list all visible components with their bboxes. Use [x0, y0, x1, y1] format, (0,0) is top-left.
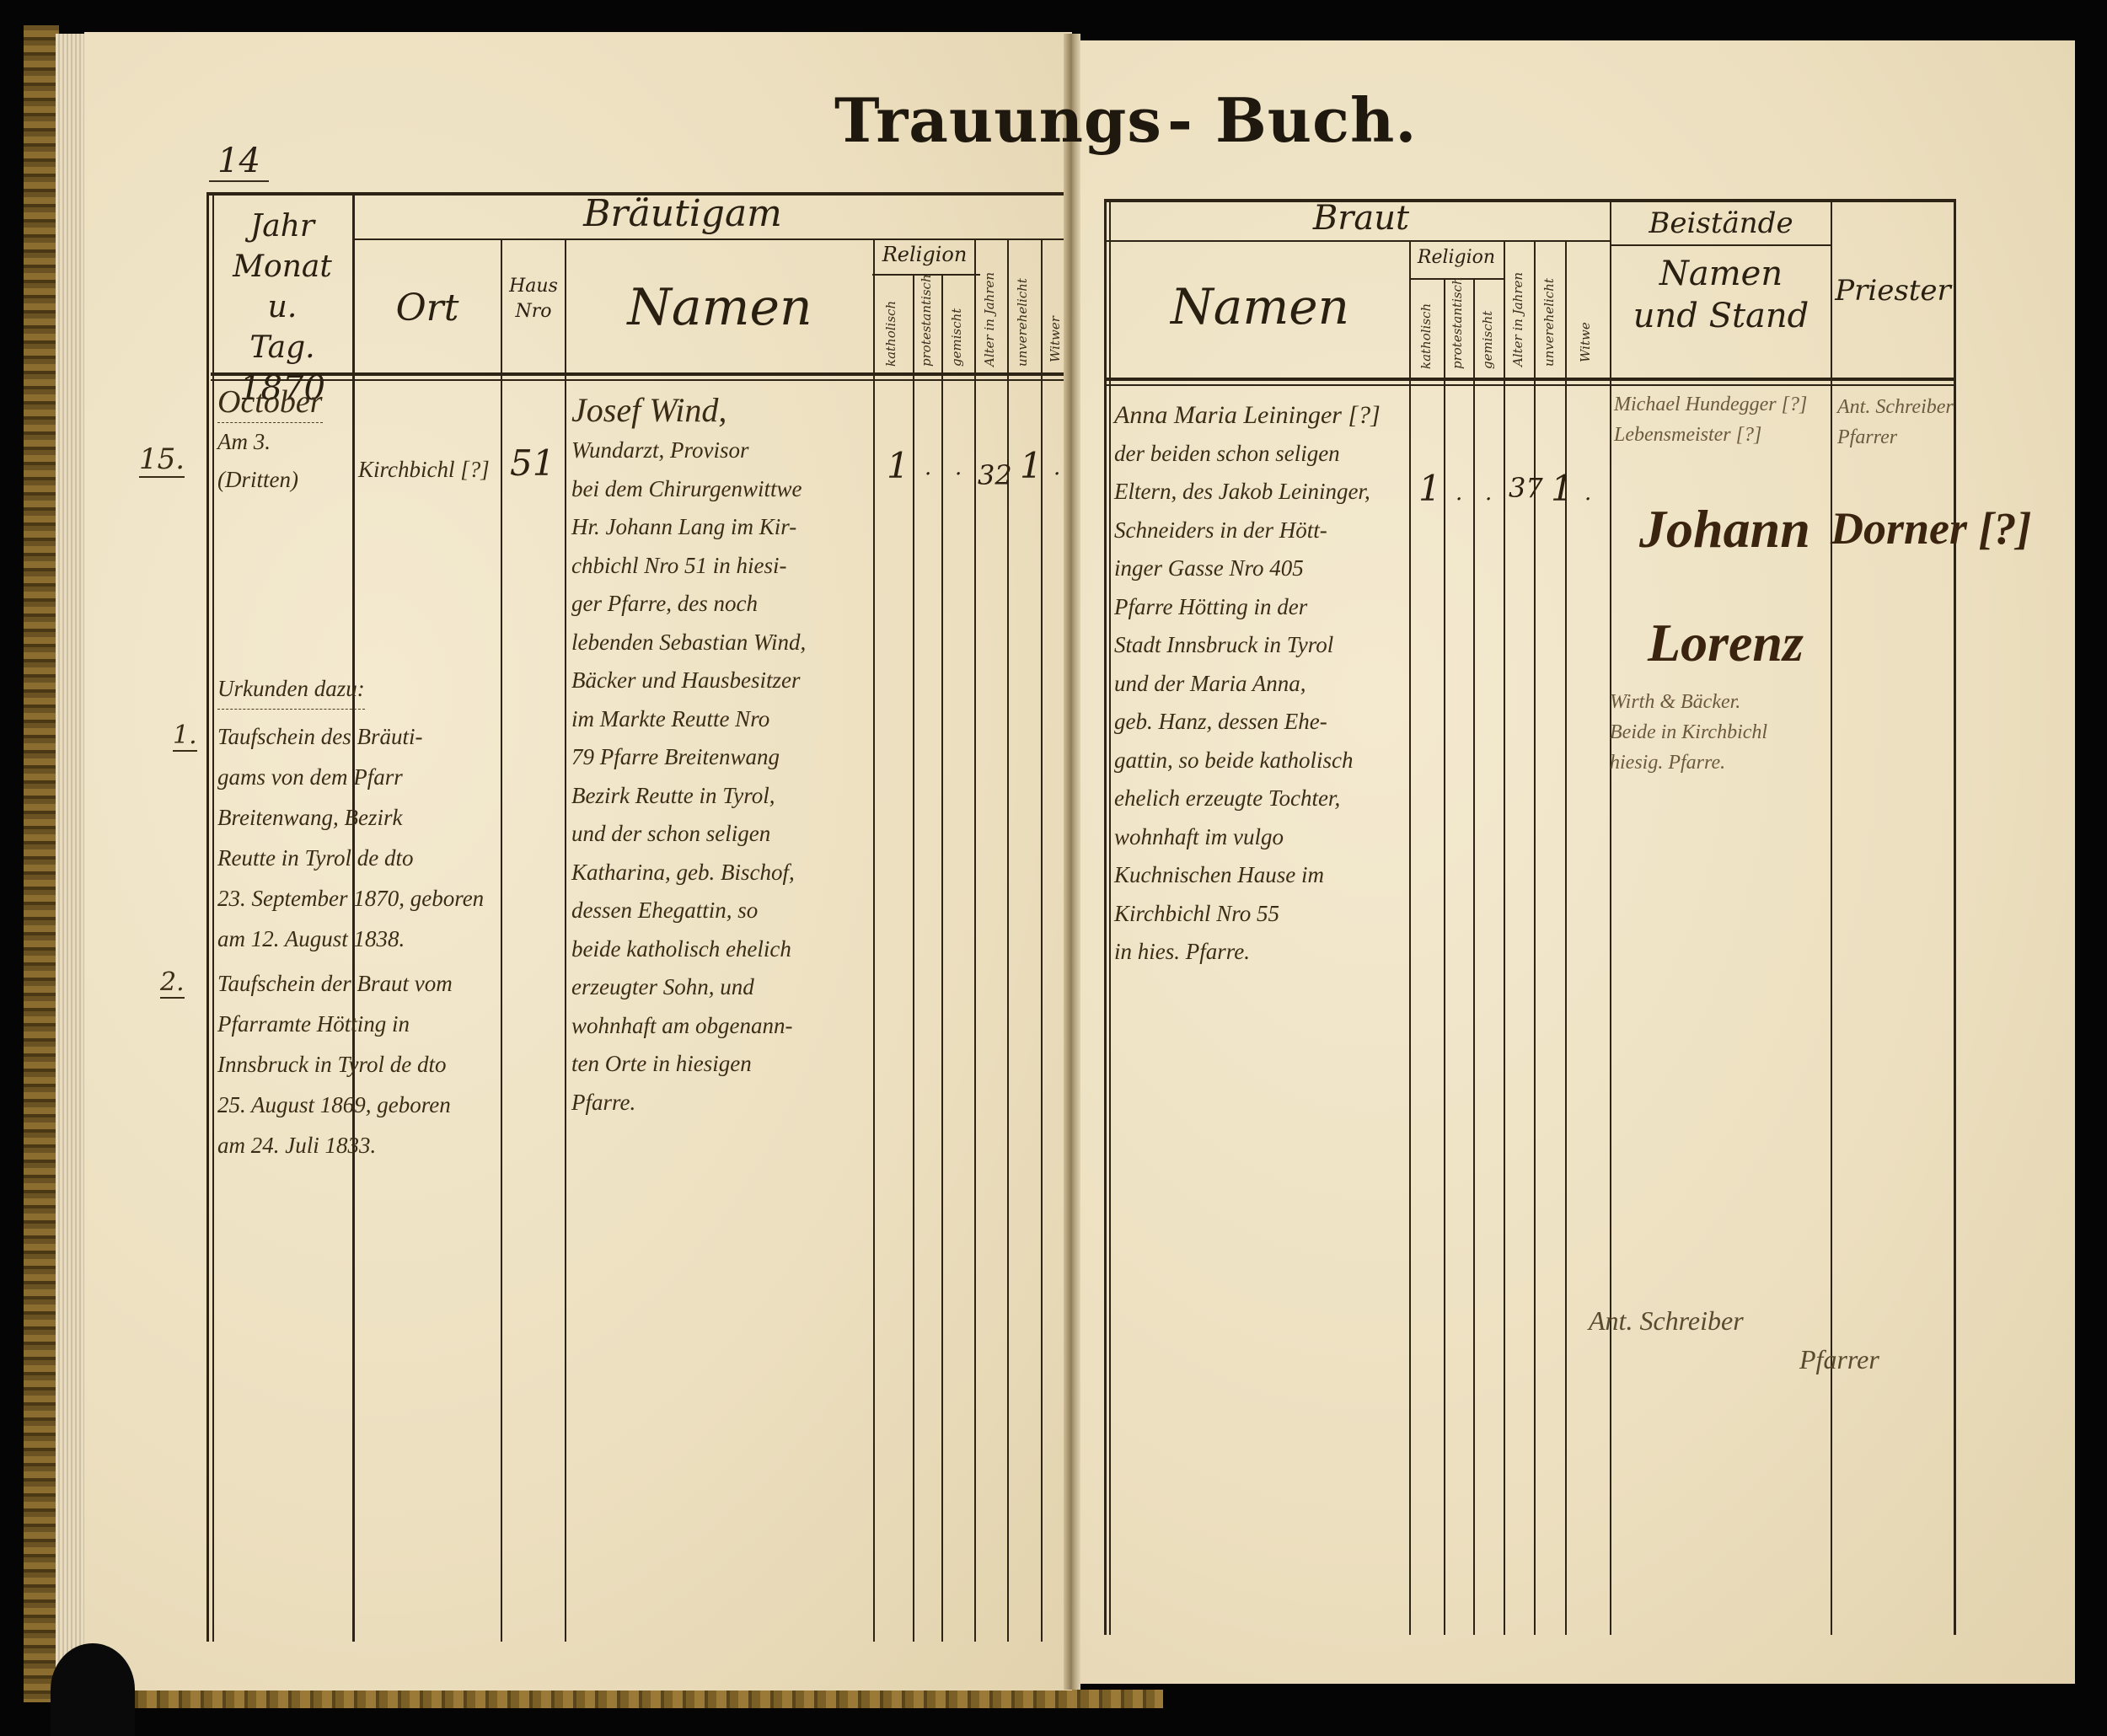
groom-line: dessen Ehegattin, so	[571, 892, 806, 930]
entry-day-words: (Dritten)	[217, 461, 323, 500]
document-1-number: 1.	[173, 721, 197, 752]
priest-title: Pfarrer	[1837, 422, 1954, 453]
bride-widow: .	[1584, 480, 1591, 506]
header-priester: Priester	[1832, 274, 1954, 308]
groom-line: beide katholisch ehelich	[571, 930, 806, 969]
header-namen-groom: Namen	[566, 278, 873, 337]
groom-name: Josef Wind,	[571, 389, 806, 431]
document-line: 23. September 1870, geboren	[217, 878, 484, 919]
header-monat: Monat u.	[215, 247, 350, 328]
header-braeutigam: Bräutigam	[506, 192, 860, 235]
header-gemischt-groom: gemischt	[949, 282, 964, 367]
book-spine-edge	[24, 25, 59, 1702]
entry-month: October	[217, 383, 323, 423]
groom-description: Josef Wind, Wundarzt, Provisor bei dem C…	[571, 389, 806, 1122]
header-ort: Ort	[354, 287, 501, 330]
bride-line: Stadt Innsbruck in Tyrol	[1114, 626, 1381, 665]
bride-line: Kuchnischen Hause im	[1114, 856, 1381, 895]
groom-mixed: .	[955, 455, 962, 480]
document-2: Taufschein der Braut vom Pfarramte Hötti…	[217, 963, 453, 1165]
header-haus-nr: Haus Nro	[502, 274, 565, 324]
header-witness-stand: und Stand	[1611, 295, 1831, 337]
header-braut: Braut	[1112, 199, 1610, 238]
entry-number: 15.	[139, 442, 185, 478]
documents-heading: Urkunden dazu:	[217, 670, 365, 710]
witness-signature-johann: Johann	[1639, 510, 1810, 549]
priest-name: Ant. Schreiber	[1837, 392, 1954, 422]
header-protestantisch-bride: protestantisch	[1450, 285, 1465, 369]
page-stack	[56, 34, 84, 1694]
bride-name: Anna Maria Leininger [?]	[1114, 396, 1381, 435]
witness-status-line: Beide in Kirchbichl	[1610, 717, 1767, 747]
entry-date: October Am 3. (Dritten)	[217, 383, 323, 500]
bride-line: und der Maria Anna,	[1114, 665, 1381, 704]
bride-line: geb. Hanz, dessen Ehe-	[1114, 703, 1381, 742]
witness-signature-lorenz: Lorenz	[1648, 624, 1804, 662]
header-nro: Nro	[502, 299, 565, 324]
header-unverehelicht-bride: unverehelicht	[1541, 249, 1557, 367]
witness-name-1: Michael Hundegger [?]	[1614, 389, 1807, 420]
page-number: 14	[209, 142, 269, 182]
header-haus: Haus	[502, 274, 565, 299]
witnesses-status: Wirth & Bäcker. Beide in Kirchbichl hies…	[1610, 687, 1767, 778]
bride-line: ehelich erzeugte Tochter,	[1114, 780, 1381, 818]
bottom-signature-name: Ant. Schreiber	[1589, 1302, 1879, 1341]
groom-line: lebenden Sebastian Wind,	[571, 624, 806, 662]
groom-line: erzeugter Sohn, und	[571, 968, 806, 1007]
thumb-shadow	[51, 1643, 135, 1736]
header-protestantisch-groom: protestantisch	[919, 282, 934, 367]
document-line: Innsbruck in Tyrol de dto	[217, 1044, 453, 1085]
groom-age: 32	[978, 459, 1012, 491]
bride-mixed: .	[1485, 480, 1492, 506]
header-katholisch-groom: katholisch	[883, 282, 898, 367]
groom-line: bei dem Chirurgenwittwe	[571, 470, 806, 509]
bride-description: Anna Maria Leininger [?] der beiden scho…	[1114, 396, 1381, 972]
bride-line: Schneiders in der Hött-	[1114, 512, 1381, 550]
groom-line: im Markte Reutte Nro	[571, 700, 806, 739]
document-line: Taufschein des Bräuti-	[217, 716, 484, 757]
header-alter-groom: Alter in Jahren	[982, 244, 997, 367]
header-witwer: Witwer	[1048, 253, 1063, 362]
header-beistaende: Beistände	[1611, 206, 1831, 240]
groom-line: Hr. Johann Lang im Kir-	[571, 508, 806, 547]
bottom-signature: Ant. Schreiber Pfarrer	[1589, 1302, 1879, 1379]
document-line: Reutte in Tyrol de dto	[217, 838, 484, 878]
header-witwe: Witwe	[1578, 261, 1593, 362]
groom-line: ger Pfarre, des noch	[571, 585, 806, 624]
groom-widower: .	[1053, 455, 1060, 480]
document-line: 25. August 1869, geboren	[217, 1085, 453, 1125]
groom-line: und der schon seligen	[571, 815, 806, 854]
document-line: gams von dem Pfarr	[217, 757, 484, 797]
bottom-signature-title: Pfarrer	[1589, 1341, 1879, 1380]
document-line: Pfarramte Hötting in	[217, 1004, 453, 1044]
document-line: Breitenwang, Bezirk	[217, 797, 484, 838]
document-line: am 24. Juli 1833.	[217, 1125, 453, 1165]
header-gemischt-bride: gemischt	[1480, 285, 1495, 369]
groom-line: 79 Pfarre Breitenwang	[571, 738, 806, 777]
header-unverehelicht-groom: unverehelicht	[1015, 244, 1030, 367]
priest-signature: Dorner [?]	[1831, 510, 2032, 549]
witness-top-note: Michael Hundegger [?] Lebensmeister [?]	[1614, 389, 1807, 450]
groom-line: Katharina, geb. Bischof,	[571, 854, 806, 892]
header-katholisch-bride: katholisch	[1418, 285, 1434, 369]
groom-line: Bezirk Reutte in Tyrol,	[571, 777, 806, 816]
bride-line: wohnhaft im vulgo	[1114, 818, 1381, 857]
groom-line: ten Orte in hiesigen	[571, 1045, 806, 1084]
document-line: Taufschein der Braut vom	[217, 963, 453, 1004]
groom-catholic: 1	[887, 445, 909, 486]
bride-line: der beiden schon seligen	[1114, 435, 1381, 474]
header-religion-bride: Religion	[1409, 247, 1504, 268]
witness-status-line: hiesig. Pfarre.	[1610, 747, 1767, 778]
header-jahr: Jahr	[215, 206, 350, 247]
header-alter-bride: Alter in Jahren	[1510, 249, 1525, 367]
book-gutter	[1064, 34, 1080, 1690]
groom-house-number: 51	[510, 442, 555, 484]
title-trauungs: Trauungs	[834, 84, 1162, 156]
header-witness-namen-stand: Namen und Stand	[1611, 253, 1831, 337]
header-witness-namen: Namen	[1611, 253, 1831, 295]
groom-line: Bäcker und Hausbesitzer	[571, 662, 806, 700]
document-2-number: 2.	[160, 967, 185, 999]
bride-line: Pfarre Hötting in der	[1114, 588, 1381, 627]
groom-place: Kirchbichl [?]	[358, 451, 490, 490]
bride-unmarried: 1	[1551, 468, 1574, 509]
groom-line: wohnhaft am obgenann-	[571, 1007, 806, 1046]
bride-line: in hies. Pfarre.	[1114, 933, 1381, 972]
entry-day: Am 3.	[217, 423, 323, 462]
bride-protestant: .	[1456, 480, 1462, 506]
groom-line: chbichl Nro 51 in hiesi-	[571, 547, 806, 586]
groom-line: Wundarzt, Provisor	[571, 431, 806, 470]
bride-line: Eltern, des Jakob Leininger,	[1114, 473, 1381, 512]
groom-unmarried: 1	[1020, 445, 1043, 486]
witness-status-1: Lebensmeister [?]	[1614, 420, 1807, 450]
header-date: Jahr Monat u. Tag. 1870	[215, 206, 350, 409]
priest-note: Ant. Schreiber Pfarrer	[1837, 392, 1954, 453]
title-buch: - Buch.	[1167, 84, 1417, 156]
bride-line: inger Gasse Nro 405	[1114, 549, 1381, 588]
header-namen-bride: Namen	[1111, 278, 1409, 335]
bride-line: Kirchbichl Nro 55	[1114, 895, 1381, 934]
document-1: Taufschein des Bräuti- gams von dem Pfar…	[217, 716, 484, 959]
header-religion-groom: Religion	[873, 243, 976, 266]
witness-status-line: Wirth & Bäcker.	[1610, 687, 1767, 717]
bride-line: gattin, so beide katholisch	[1114, 742, 1381, 780]
groom-protestant: .	[925, 455, 931, 480]
document-line: am 12. August 1838.	[217, 919, 484, 959]
bride-catholic: 1	[1418, 468, 1441, 509]
groom-line: Pfarre.	[571, 1084, 806, 1123]
book-bottom-edge	[51, 1690, 1163, 1708]
header-tag: Tag.	[215, 328, 350, 368]
bride-age: 37	[1509, 472, 1543, 504]
